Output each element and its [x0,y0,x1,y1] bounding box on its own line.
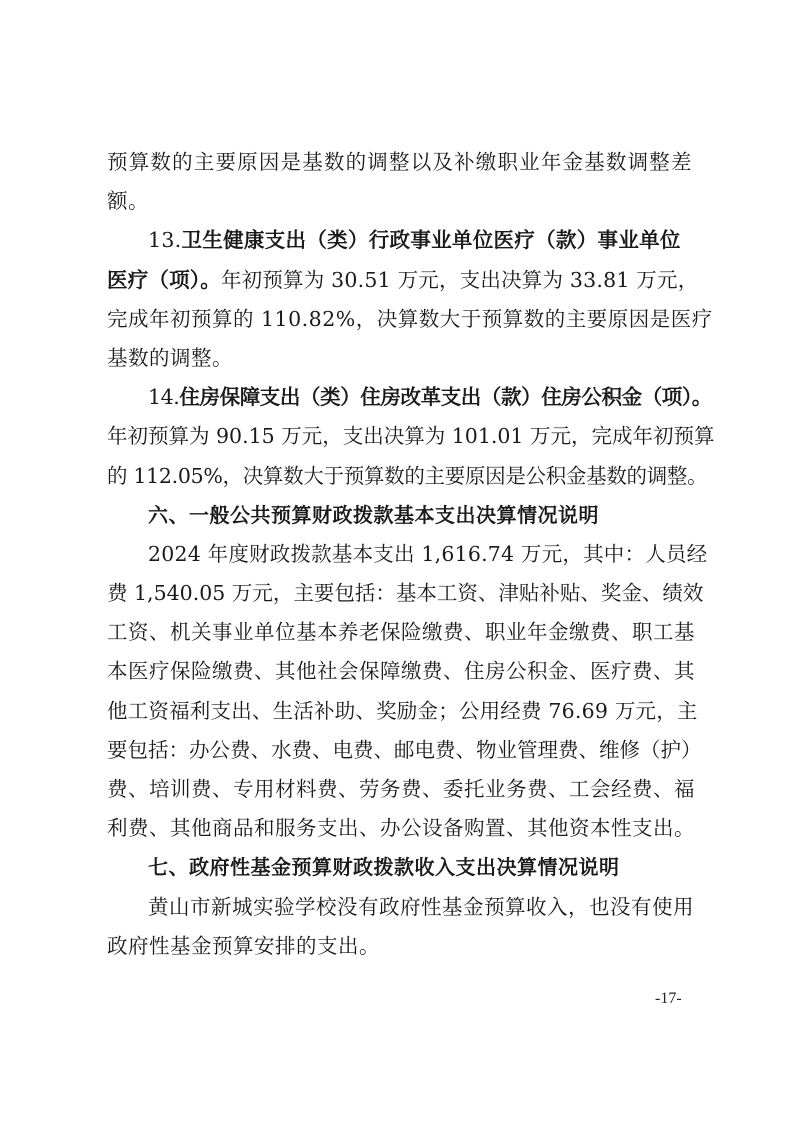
paragraph-line: 的 112.05%，决算数大于预算数的主要原因是公积金基数的调整。 [107,457,692,496]
item-14-title: 14.住房保障支出（类）住房改革支出（款）住房公积金（项）。 [107,378,692,417]
page-number: -17- [655,990,682,1008]
section-heading: 七、政府性基金预算财政拨款收入支出决算情况说明 [107,848,692,887]
section-heading: 六、一般公共预算财政拨款基本支出决算情况说明 [107,496,692,535]
item-number: 13. [148,228,182,252]
paragraph-line: 政府性基金预算安排的支出。 [107,927,692,966]
paragraph-line: 工资、机关事业单位基本养老保险缴费、职业年金缴费、职工基 [107,613,692,652]
document-page: 预算数的主要原因是基数的调整以及补缴职业年金基数调整差 额。 13.卫生健康支出… [107,143,692,966]
paragraph-line: 2024 年度财政拨款基本支出 1,616.74 万元，其中：人员经 [107,535,692,574]
item-text: 年初预算为 30.51 万元，支出决算为 33.81 万元， [221,268,698,292]
item-13-title: 13.卫生健康支出（类）行政事业单位医疗（款）事业单位 [107,221,692,260]
item-number: 14. [148,385,179,409]
paragraph-line: 完成年初预算的 110.82%，决算数大于预算数的主要原因是医疗 [107,300,692,339]
paragraph-line: 年初预算为 90.15 万元，支出决算为 101.01 万元，完成年初预算 [107,417,692,456]
paragraph-line: 费 1,540.05 万元，主要包括：基本工资、津贴补贴、奖金、绩效 [107,574,692,613]
paragraph-line: 利费、其他商品和服务支出、办公设备购置、其他资本性支出。 [107,809,692,848]
paragraph-line: 费、培训费、专用材料费、劳务费、委托业务费、工会经费、福 [107,770,692,809]
paragraph-line: 本医疗保险缴费、其他社会保障缴费、住房公积金、医疗费、其 [107,652,692,691]
paragraph-line: 预算数的主要原因是基数的调整以及补缴职业年金基数调整差 [107,143,692,182]
item-title-continued: 医疗（项）。 [107,268,221,292]
paragraph-line: 基数的调整。 [107,339,692,378]
item-title: 住房保障支出（类）住房改革支出（款）住房公积金（项）。 [179,385,711,409]
paragraph-line: 额。 [107,182,692,221]
item-title: 卫生健康支出（类）行政事业单位医疗（款）事业单位 [182,228,681,252]
paragraph-line: 黄山市新城实验学校没有政府性基金预算收入，也没有使用 [107,888,692,927]
paragraph-line: 要包括：办公费、水费、电费、邮电费、物业管理费、维修（护） [107,731,692,770]
item-13-line: 医疗（项）。年初预算为 30.51 万元，支出决算为 33.81 万元， [107,261,692,300]
paragraph-line: 他工资福利支出、生活补助、奖励金；公用经费 76.69 万元，主 [107,692,692,731]
